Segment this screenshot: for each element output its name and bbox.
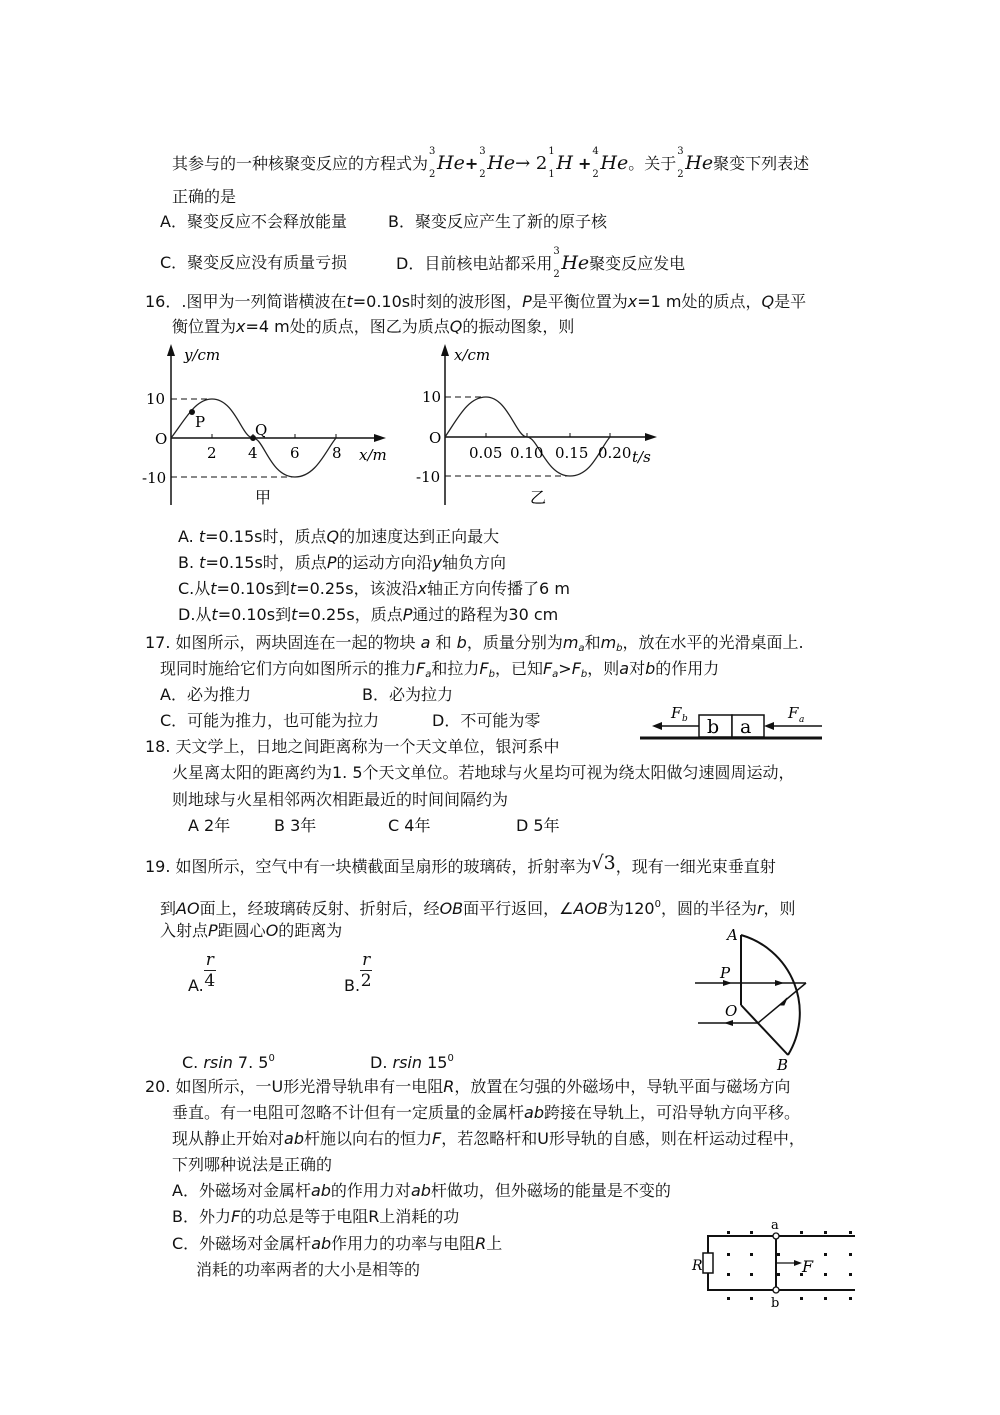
q17-stem-line1: 17. 如图所示，两块固连在一起的物块 a 和 b，质量分别为ma和mb，放在水… <box>145 632 804 660</box>
u-rail-figure: R a b F <box>690 1212 870 1312</box>
q19-stem-line3: 入射点P距圆心O的距离为 <box>160 920 342 942</box>
svg-text:4: 4 <box>248 444 258 462</box>
q15-option-c: C．聚变反应没有质量亏损 <box>160 252 347 274</box>
svg-text:a: a <box>771 1218 779 1233</box>
svg-text:0.05: 0.05 <box>469 444 502 462</box>
svg-text:乙: 乙 <box>530 488 546 507</box>
q20-option-c: C．外磁场对金属杆ab作用力的功率与电阻R上 <box>172 1233 502 1255</box>
q15-stem-text: 其参与的一种核聚变反应的方程式为 <box>172 154 428 173</box>
sqrt3: √3 <box>592 852 616 874</box>
svg-text:2: 2 <box>207 444 217 462</box>
svg-text:甲: 甲 <box>255 488 271 507</box>
q20-stem-line2: 垂直。有一电阻可忽略不计但有一定质量的金属杆ab跨接在导轨上，可沿导轨方向平移。 <box>172 1102 800 1124</box>
arrow-right-icon <box>775 980 784 986</box>
plus-sign: + <box>578 154 591 173</box>
svg-text:y/cm: y/cm <box>183 346 220 364</box>
svg-text:x/cm: x/cm <box>454 346 490 364</box>
resistor <box>703 1253 713 1273</box>
svg-text:8: 8 <box>332 444 342 462</box>
fraction-r-over-4: r4 <box>204 950 216 991</box>
svg-text:b: b <box>771 1296 779 1311</box>
q16-option-d: D.从t=0.10s到t=0.25s，质点P通过的路程为30 cm <box>178 604 558 626</box>
nuclide-h1: 11H <box>547 152 573 174</box>
svg-text:6: 6 <box>290 444 300 462</box>
nuclide-he3: 32He <box>428 152 465 174</box>
q16-stem-line2: 衡位置为x=4 m处的质点，图乙为质点Q的振动图象，则 <box>172 316 574 338</box>
q17-stem-line2: 现同时施给它们方向如图所示的推力Fa和拉力Fb，已知Fa>Fb，则a对b的作用力 <box>160 658 719 686</box>
nuclide-he3: 32He <box>676 152 713 174</box>
svg-text:P: P <box>719 964 731 982</box>
q16-stem-line1: 16．.图甲为一列简谐横波在t=0.10s时刻的波形图，P是平衡位置为x=1 m… <box>145 291 806 313</box>
svg-text:b: b <box>682 714 688 724</box>
nuclide-he4: 42He <box>591 152 628 174</box>
q17-option-d: D．不可能为零 <box>432 710 540 732</box>
svg-text:P: P <box>195 413 205 431</box>
svg-text:A: A <box>725 926 738 944</box>
x-axis-arrow-icon <box>374 434 386 442</box>
q19-option-c: C. rsin 7. 50 <box>182 1048 275 1074</box>
svg-text:a: a <box>740 716 751 738</box>
q20-stem-line4: 下列哪种说法是正确的 <box>172 1154 332 1176</box>
q20-option-a: A．外磁场对金属杆ab的作用力对ab杆做功，但外磁场的能量是不变的 <box>172 1180 671 1202</box>
q18-option-c: C 4年 <box>388 815 430 837</box>
svg-text:10: 10 <box>146 390 165 408</box>
q15-stem-line2: 正确的是 <box>172 186 236 208</box>
vibration-graph-yi: x/cm t/s 10 O -10 0.05 0.10 0.15 0.20 乙 <box>400 340 670 510</box>
svg-text:O: O <box>725 1002 737 1020</box>
q15-option-d-prefix: D．目前核电站都采用 <box>396 254 552 273</box>
q16-option-b: B. t=0.15s时，质点P的运动方向沿y轴负方向 <box>178 552 506 574</box>
q19-stem-line2: 到AO面上，经玻璃砖反射、折射后，经OB面平行返回，∠AOB为1200，圆的半径… <box>160 894 796 920</box>
svg-text:0.10: 0.10 <box>510 444 543 462</box>
svg-text:F: F <box>670 704 682 722</box>
arrow-right-icon <box>794 1260 802 1266</box>
svg-text:O: O <box>429 429 441 447</box>
x-axis-arrow-icon <box>645 433 657 441</box>
q20-stem-line1: 20. 如图所示，一U形光滑导轨串有一电阻R，放置在匀强的外磁场中，导轨平面与磁… <box>145 1076 790 1098</box>
svg-text:t/s: t/s <box>632 448 651 466</box>
y-axis-arrow-icon <box>167 344 175 356</box>
glass-sector-figure: A P O B <box>680 920 840 1070</box>
svg-text:0.20: 0.20 <box>598 444 631 462</box>
q19-stem-line1: 19. 如图所示，空气中有一块横截面呈扇形的玻璃砖，折射率为√3，现有一细光束垂… <box>145 852 776 878</box>
q16-option-c: C.从t=0.10s到t=0.25s，该波沿x轴正方向传播了6 m <box>178 578 570 600</box>
q18-option-b: B 3年 <box>274 815 316 837</box>
q19-option-b: B.r2 <box>344 950 372 996</box>
nuclide-he3: 32He <box>552 252 589 274</box>
q20-option-b: B．外力F的功总是等于电阻R上消耗的功 <box>172 1206 459 1228</box>
q18-stem-line2: 火星离太阳的距离约为1. 5个天文单位。若地球与火星均可视为绕太阳做匀速圆周运动… <box>172 762 795 784</box>
svg-text:10: 10 <box>422 388 441 406</box>
arrow: → 2 <box>515 153 547 174</box>
q15-option-d: D．目前核电站都采用32He聚变反应发电 <box>396 252 685 275</box>
q16-option-a: A. t=0.15s时，质点Q的加速度达到正向最大 <box>178 526 499 548</box>
svg-text:0.15: 0.15 <box>555 444 588 462</box>
plus-sign: + <box>465 154 478 173</box>
svg-text:R: R <box>691 1258 703 1274</box>
svg-text:b: b <box>707 716 719 738</box>
svg-text:a: a <box>799 715 804 725</box>
svg-text:-10: -10 <box>142 469 166 487</box>
q19-option-d: D. rsin 150 <box>370 1048 454 1074</box>
arrow-left-icon <box>652 722 662 730</box>
y-axis-arrow-icon <box>441 344 449 356</box>
svg-text:x/m: x/m <box>359 446 387 464</box>
q17-option-a: A．必为推力 <box>160 684 251 706</box>
blocks-figure: b a F b F a <box>630 698 830 743</box>
svg-text:F: F <box>787 704 799 722</box>
q17-option-b: B．必为拉力 <box>362 684 453 706</box>
svg-text:B: B <box>776 1056 788 1074</box>
wave-graph-jia: y/cm x/m 10 O -10 2 4 6 8 P Q 甲 <box>140 340 400 510</box>
q19-option-a: A.r4 <box>188 950 216 996</box>
q15-option-b: B．聚变反应产生了新的原子核 <box>388 211 607 233</box>
q15-option-a: A．聚变反应不会释放能量 <box>160 211 347 233</box>
q15-option-d-suffix: 聚变反应发电 <box>589 254 685 273</box>
q18-stem-line1: 18. 天文学上，日地之间距离称为一个天文单位，银河系中 <box>145 736 560 758</box>
svg-text:Q: Q <box>255 421 267 439</box>
q17-option-c: C．可能为推力，也可能为拉力 <box>160 710 379 732</box>
fraction-r-over-2: r2 <box>360 950 372 991</box>
q15-stem-line1: 其参与的一种核聚变反应的方程式为32He+32He→ 211H +42He。关于… <box>172 152 809 175</box>
arrow-left-icon <box>764 722 774 730</box>
q18-stem-line3: 则地球与火星相邻两次相距最近的时间间隔约为 <box>172 789 508 811</box>
svg-text:-10: -10 <box>416 468 440 486</box>
q20-stem-line3: 现从静止开始对ab杆施以向右的恒力F，若忽略杆和U形导轨的自感，则在杆运动过程中… <box>172 1128 805 1150</box>
svg-text:O: O <box>155 430 167 448</box>
q15-stem-suffix: 聚变下列表述 <box>713 154 809 173</box>
q20-option-c-line2: 消耗的功率两者的大小是相等的 <box>196 1259 420 1281</box>
q18-option-a: A 2年 <box>188 815 230 837</box>
q18-option-d: D 5年 <box>516 815 560 837</box>
arrow-icon <box>780 998 787 1005</box>
nuclide-he3: 32He <box>478 152 515 174</box>
arrow-left-icon <box>724 1020 733 1026</box>
q15-stem-mid: 。关于 <box>628 154 676 173</box>
